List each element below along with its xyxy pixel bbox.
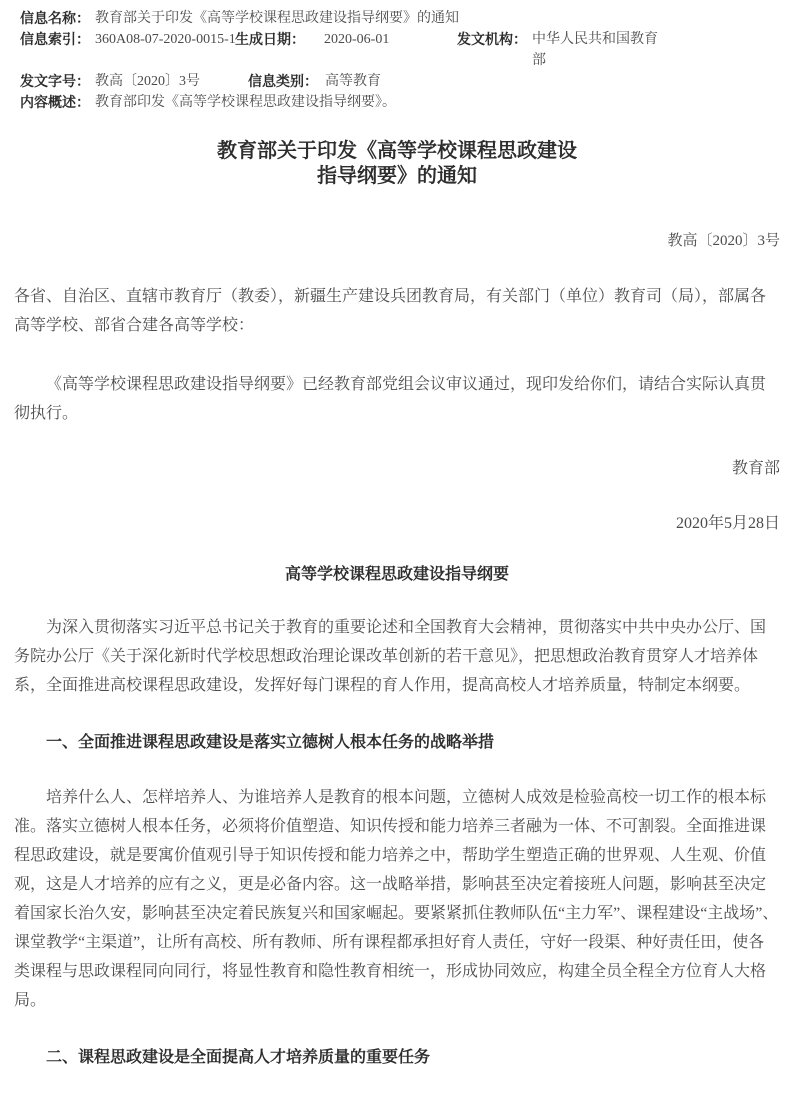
section-2-heading: 二、课程思政建设是全面提高人才培养质量的重要任务 xyxy=(14,1043,780,1072)
category-value: 高等教育 xyxy=(325,71,381,92)
summary-label: 内容概述： xyxy=(20,92,95,113)
notice-title: 教育部关于印发《高等学校课程思政建设指导纲要》的通知 xyxy=(14,139,780,189)
guideline-title: 高等学校课程思政建设指导纲要 xyxy=(14,560,780,589)
gen-date-label: 生成日期： xyxy=(235,29,324,50)
info-index-value: 360A08-07-2020-0015-1 xyxy=(95,29,235,50)
sign-date: 2020年5月28日 xyxy=(14,509,780,538)
notice-body: 《高等学校课程思政建设指导纲要》已经教育部党组会议审议通过，现印发给你们，请结合… xyxy=(14,370,780,428)
agency-value: 中华人民共和国教育部 xyxy=(532,29,667,71)
doc-number-value: 教高〔2020〕3号 xyxy=(95,71,248,92)
document-page: 信息名称：教育部关于印发《高等学校课程思政建设指导纲要》的通知 信息索引：360… xyxy=(0,0,794,1108)
signer: 教育部 xyxy=(14,454,780,483)
salutation: 各省、自治区、直辖市教育厅（教委），新疆生产建设兵团教育局，有关部门（单位）教育… xyxy=(14,282,780,340)
meta-row-name: 信息名称：教育部关于印发《高等学校课程思政建设指导纲要》的通知 xyxy=(20,8,780,29)
section-1-body: 培养什么人、怎样培养人、为谁培养人是教育的根本问题，立德树人成效是检验高校一切工… xyxy=(14,783,780,1015)
meta-row-index-date-agency: 信息索引：360A08-07-2020-0015-1生成日期：2020-06-0… xyxy=(20,29,780,71)
notice-doc-number: 教高〔2020〕3号 xyxy=(14,227,780,256)
notice-title-line1: 教育部关于印发《高等学校课程思政建设 xyxy=(217,140,577,162)
info-name-value: 教育部关于印发《高等学校课程思政建设指导纲要》的通知 xyxy=(95,8,459,29)
summary-value: 教育部印发《高等学校课程思政建设指导纲要》。 xyxy=(95,92,396,113)
agency-label: 发文机构： xyxy=(457,29,532,50)
info-name-label: 信息名称： xyxy=(20,8,95,29)
doc-number-label: 发文字号： xyxy=(20,71,95,92)
guideline-intro: 为深入贯彻落实习近平总书记关于教育的重要论述和全国教育大会精神，贯彻落实中共中央… xyxy=(14,613,780,700)
notice-title-line2: 指导纲要》的通知 xyxy=(317,165,477,187)
info-index-label: 信息索引： xyxy=(20,29,95,50)
section-1-heading: 一、全面推进课程思政建设是落实立德树人根本任务的战略举措 xyxy=(14,728,780,757)
info-header: 信息名称：教育部关于印发《高等学校课程思政建设指导纲要》的通知 信息索引：360… xyxy=(14,8,780,113)
gen-date-value: 2020-06-01 xyxy=(324,29,457,50)
category-label: 信息类别： xyxy=(248,71,325,92)
meta-row-docnum-category: 发文字号：教高〔2020〕3号信息类别：高等教育 xyxy=(20,71,780,92)
meta-row-summary: 内容概述：教育部印发《高等学校课程思政建设指导纲要》。 xyxy=(20,92,780,113)
